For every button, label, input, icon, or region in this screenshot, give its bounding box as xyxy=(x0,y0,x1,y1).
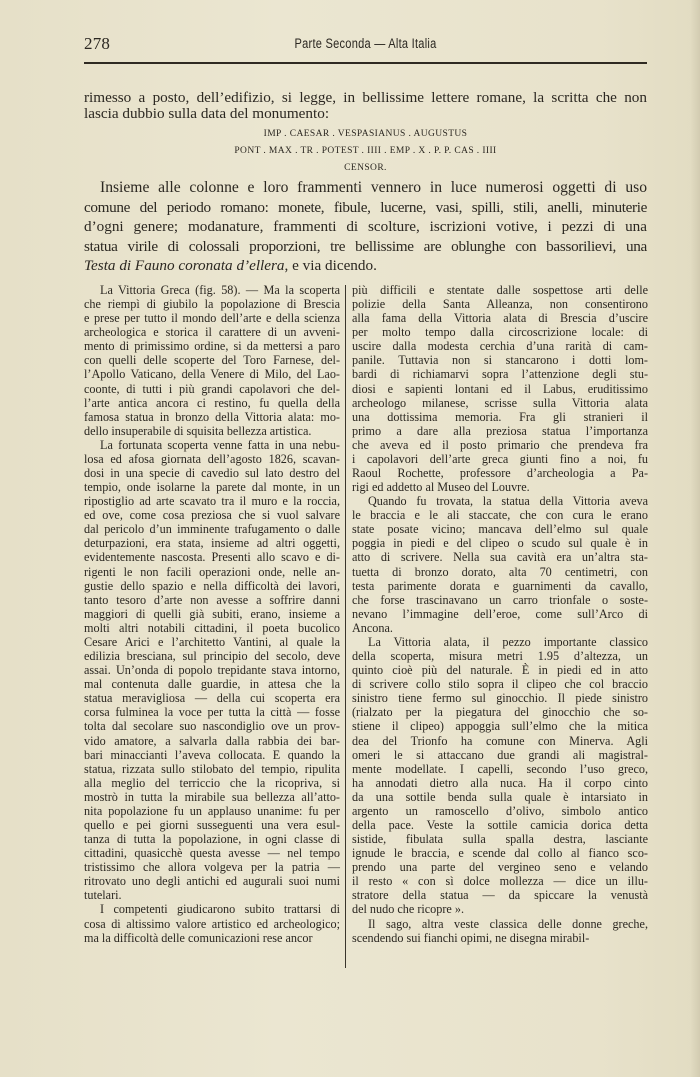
text-line: una dottissima memoria. Fra gli stranier… xyxy=(352,410,648,424)
running-head: Parte Seconda — Alta Italia xyxy=(135,36,597,51)
text-line: lascia dubbio sulla data del monumento: xyxy=(84,106,647,122)
text-line: poggia in piedi e del clipeo o scudo sul… xyxy=(352,536,648,550)
book-page: 278 Parte Seconda — Alta Italia rimesso … xyxy=(0,0,700,1077)
text-line: dea del Trionfo ha comune con Minerva. A… xyxy=(352,734,648,748)
text-line: tanto tesoro d’arte non avesse a soffrir… xyxy=(84,593,340,607)
text-line: panile. Tuttavia non si stancarono i dot… xyxy=(352,353,648,367)
text-line: nevano l’immagine dell’eroe, come sull’A… xyxy=(352,607,648,621)
text-line: La fortunata scoperta venne fatta in una… xyxy=(84,438,340,452)
text-line: Insieme alle colonne e loro frammenti ve… xyxy=(84,178,647,198)
text-line: ma la difficoltà delle comunicazioni res… xyxy=(84,931,340,945)
text-line: ripostiglio ad arte scavato tra il muro … xyxy=(84,494,340,508)
text-line: rigi ed addetto al Museo del Louvre. xyxy=(352,480,648,494)
text-line: della scoperta, misura metri 1.95 d’alte… xyxy=(352,649,648,663)
text-line: mente modellate. I capelli, secondo l’us… xyxy=(352,762,648,776)
text-line: dal pericolo d’un imminente trafugamento… xyxy=(84,522,340,536)
text-line: stratore della statua — da spiccare la v… xyxy=(352,888,648,902)
page-number: 278 xyxy=(84,34,110,54)
text-line: mostrò in tutta la mirabile sua bellezza… xyxy=(84,790,340,804)
text-line: vido amatore, a salvarla dalla rabbia de… xyxy=(84,734,340,748)
text-line: per molto tempo dalla circoscrizione loc… xyxy=(352,325,648,339)
text-line: state posate vicino; mancava dell’elmo s… xyxy=(352,522,648,536)
text-line: deturpazioni, era stata, insieme ad altr… xyxy=(84,536,340,550)
text-line: tempio, onde isolarne la parete dal mont… xyxy=(84,480,340,494)
text-line: le braccia e le ali staccate, che con cu… xyxy=(352,508,648,522)
text-line: tuetta di bronzo dorato, alta 70 centime… xyxy=(352,565,648,579)
text-line: gustie dello spazio e nella difficoltà d… xyxy=(84,579,340,593)
text-line: quello e pei giorni susseguenti una vera… xyxy=(84,818,340,832)
text-line: assai. Un’onda di popolo trepidante stav… xyxy=(84,663,340,677)
intro-paragraph: rimesso a posto, dell’edifizio, si legge… xyxy=(84,90,647,122)
text-line: La Vittoria Greca (fig. 58). — Ma la sco… xyxy=(84,283,340,297)
text-line: (rialzato per la piegatura del ginocchio… xyxy=(352,705,648,719)
text-line: sistide, fibulata sulla spalla destra, l… xyxy=(352,832,648,846)
text-line: scendendo sui fianchi opimi, ne disegna … xyxy=(352,931,648,945)
text-line: della pace. Veste la sottile camicia dor… xyxy=(352,818,648,832)
text-line: polizie della Santa Alleanza, non consen… xyxy=(352,297,648,311)
text-line: ritrovato uno degli antichi ed augurali … xyxy=(84,874,340,888)
text-line: dello insuperabile di squisita bellezza … xyxy=(84,424,340,438)
page-header: 278 Parte Seconda — Alta Italia xyxy=(84,34,647,58)
text-line: molti altri notabili cittadini, il poeta… xyxy=(84,621,340,635)
text-fragment: , e via dicendo. xyxy=(285,257,377,274)
text-line: uscire dalla modesta cerchia d’una rarit… xyxy=(352,339,648,353)
text-line: quinto cioè più del naturale. È in piedi… xyxy=(352,663,648,677)
text-line: sinistro tiene fermo sul ginocchio. Il p… xyxy=(352,691,648,705)
text-line: primo a dare alla preziosa statua l’impo… xyxy=(352,424,648,438)
column-divider xyxy=(345,285,346,968)
page-edge-shadow xyxy=(690,0,700,1077)
text-line: nita popolazione fu un applauso unanime:… xyxy=(84,804,340,818)
text-line: tristissimo che allora volgeva per la pa… xyxy=(84,860,340,874)
text-line: prendo una parte del vergineo seno e vel… xyxy=(352,860,648,874)
text-line: La Vittoria alata, il pezzo importante c… xyxy=(352,635,648,649)
text-line: famosa statua in bronzo della Vittoria a… xyxy=(84,410,340,424)
header-rule xyxy=(84,62,647,64)
text-line: rimesso a posto, dell’edifizio, si legge… xyxy=(84,90,647,106)
inscription-line: PONT . MAX . TR . POTEST . IIII . EMP . … xyxy=(84,143,647,160)
text-line: stiene il clipeo) appoggia sull’elmo che… xyxy=(352,719,648,733)
text-line: ignude le braccia, e scende dal collo al… xyxy=(352,846,648,860)
text-line: e prese per tutto il mondo dell’arte e d… xyxy=(84,311,340,325)
text-line: tutelari. xyxy=(84,888,340,902)
text-line: archeologica e storica il carattere di u… xyxy=(84,325,340,339)
text-line: omeri le si attaccano due grandi ali mag… xyxy=(352,748,648,762)
text-line: dosi in una specie di cavedio sul lato d… xyxy=(84,466,340,480)
text-line: l’Apollo Vaticano, della Venere di Milo,… xyxy=(84,367,340,381)
text-line: statua meravigliosa — della cui scoperta… xyxy=(84,691,340,705)
text-line: I competenti giudicarono subito trattars… xyxy=(84,902,340,916)
text-line: mal contenuta dalle guardie, in attesa c… xyxy=(84,677,340,691)
text-line: Quando fu trovata, la statua della Vitto… xyxy=(352,494,648,508)
text-line: archeologo milanese, scrisse sulla Vitto… xyxy=(352,396,648,410)
text-line: cosa di altissimo valore artistico ed ar… xyxy=(84,917,340,931)
artwork-title: Testa di Fauno coronata d’ellera xyxy=(84,257,285,274)
latin-inscription: IMP . CAESAR . VESPASIANUS . AUGUSTUS PO… xyxy=(84,126,647,177)
right-column: più difficili e stentate dalle sospettos… xyxy=(352,283,648,945)
text-line: losa ed afosa giornata dell’agosto 1826,… xyxy=(84,452,340,466)
text-line: il resto « con sì dolce mollezza — dice … xyxy=(352,874,648,888)
text-line: statua, rizzata sullo stilobato del temp… xyxy=(84,762,340,776)
text-line: diosi e sapienti lontani ed il Labus, er… xyxy=(352,382,648,396)
text-line: alla meglio del terriccio che la ricopri… xyxy=(84,776,340,790)
text-line: d’ogni genere; modanature, frammenti di … xyxy=(84,217,647,237)
text-line: maggiori di quelli già subiti, erano, in… xyxy=(84,607,340,621)
text-line: l’arte antica ancora ci restino, fu quel… xyxy=(84,396,340,410)
text-line: Raoul Rochette, professore d’archeologia… xyxy=(352,466,648,480)
text-line: rigenti le non facili operazioni onde, n… xyxy=(84,565,340,579)
text-line: che forse trascinavano un carro trionfal… xyxy=(352,593,648,607)
text-line: da una sottile benda sulla quale è intar… xyxy=(352,790,648,804)
text-line: tanza di tutta la popolazione, in ogni c… xyxy=(84,832,340,846)
text-line: bardi di richiamarvi sopra l’attenzione … xyxy=(352,367,648,381)
text-line: Cesare Arici e l’architetto Vantini, al … xyxy=(84,635,340,649)
text-line: coonte, di tutti i più grandi capolavori… xyxy=(84,382,340,396)
text-line: ha annodati dietro alla nuca. Ha il corp… xyxy=(352,776,648,790)
text-line: edilizia bresciana, sul principio del se… xyxy=(84,649,340,663)
text-line: bari minaccianti l’aveva collocata. E qu… xyxy=(84,748,340,762)
text-line: di scrivere collo stilo sopra il clipeo … xyxy=(352,677,648,691)
text-line: Testa di Fauno coronata d’ellera, e via … xyxy=(84,256,647,276)
text-line: comune del periodo romano: monete, fibul… xyxy=(84,198,647,218)
text-line: alla fama della Vittoria alata di Bresci… xyxy=(352,311,648,325)
inscription-line: IMP . CAESAR . VESPASIANUS . AUGUSTUS xyxy=(84,126,647,143)
text-line: che aveva ed il posto primario che prend… xyxy=(352,438,648,452)
text-line: ed ove, come cosa preziosa che si vuol s… xyxy=(84,508,340,522)
text-line: statua virile di colossali proporzioni, … xyxy=(84,237,647,257)
text-line: che riempì di giubilo la popolazione di … xyxy=(84,297,340,311)
text-line: cittadini, quasicchè questa avesse — nel… xyxy=(84,846,340,860)
text-line: argento un ramoscello d’olivo, simbolo a… xyxy=(352,804,648,818)
text-line: del nudo che ricopre ». xyxy=(352,902,648,916)
left-column: La Vittoria Greca (fig. 58). — Ma la sco… xyxy=(84,283,340,945)
findings-paragraph: Insieme alle colonne e loro frammenti ve… xyxy=(84,178,647,276)
text-line: i capolavori dell’arte greca giunti fino… xyxy=(352,452,648,466)
text-line: testa parimente dorata e guarnimenti da … xyxy=(352,579,648,593)
text-line: più difficili e stentate dalle sospettos… xyxy=(352,283,648,297)
text-line: Ancona. xyxy=(352,621,648,635)
text-line: corsa fulminea la voce per tutta la citt… xyxy=(84,705,340,719)
text-line: con quelli delle scoperte del Toro Farne… xyxy=(84,353,340,367)
text-line: tolta dal secolare suo nascondiglio ove … xyxy=(84,719,340,733)
inscription-line: CENSOR. xyxy=(84,160,647,177)
text-line: mento di primissimo ordine, si da metter… xyxy=(84,339,340,353)
text-line: evidentemente nascosta. Presenti allo sc… xyxy=(84,550,340,564)
text-line: Il sago, altra veste classica delle donn… xyxy=(352,917,648,931)
text-line: atto di scrivere. Nella sua cavità era u… xyxy=(352,550,648,564)
